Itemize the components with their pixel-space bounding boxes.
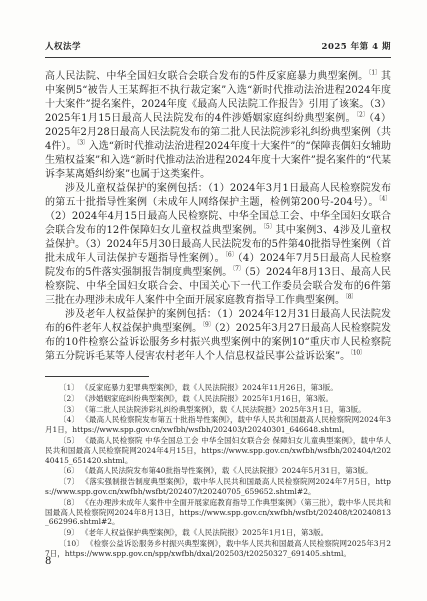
footnote: 〔1〕《反家庭暴力犯罪典型案例》，载《人民法院报》2024年11月26日，第3版…	[45, 383, 391, 393]
footnote-number: 〔5〕	[59, 436, 79, 445]
footnote-number: 〔10〕	[59, 539, 84, 548]
journal-title: 人权法学	[45, 40, 81, 52]
footnote: 〔2〕《涉婚姻家庭纠纷典型案例》，载《人民法院报》2025年1月16日，第3版。	[45, 394, 391, 404]
footnote-number: 〔8〕	[59, 498, 79, 507]
footnote: 〔4〕《最高人民检察院发布第五十批指导性案例》，载中华人民共和国最高人民检察院网…	[45, 415, 391, 435]
footnote-number: 〔3〕	[59, 405, 79, 414]
page-content: 人权法学 2025 年第 4 期 高人民法院、中华全国妇女联合会联合发布的5件反…	[45, 40, 391, 560]
footnote: 〔10〕《检察公益诉讼服务乡村振兴典型案例》，载中华人民共和国最高人民检察院网2…	[45, 539, 391, 559]
footnote: 〔6〕《最高人民法院发布第40批指导性案例》，载《人民法院报》2024年5月31…	[45, 466, 391, 476]
footnote: 〔3〕《第二批人民法院涉彩礼纠纷典型案例》，载《人民法院报》2025年3月1日，…	[45, 405, 391, 415]
article-body: 高人民法院、中华全国妇女联合会联合发布的5件反家庭暴力典型案例。〔1〕其中案例5…	[45, 70, 391, 364]
footnote-ref: 〔9〕	[202, 322, 214, 329]
running-head: 人权法学 2025 年第 4 期	[45, 40, 391, 52]
journal-page: 人权法学 2025 年第 4 期 高人民法院、中华全国妇女联合会联合发布的5件反…	[0, 0, 427, 601]
footnote-number: 〔7〕	[59, 477, 79, 486]
footnote: 〔8〕《在办理涉未成年人案件中全面开展家庭教育指导工作典型案例》（第三批），载中…	[45, 498, 391, 527]
footnote-ref: 〔10〕	[350, 350, 365, 357]
paragraph: 涉及老年人权益保护的案例包括：（1）2024年12月31日最高人民法院发布的6件…	[45, 308, 391, 364]
footnote-ref: 〔6〕	[225, 252, 238, 259]
footnote-number: 〔4〕	[59, 415, 79, 424]
page-number: 8	[45, 556, 51, 567]
footnote: 〔7〕《落实强制报告制度典型案例》，载中华人民共和国最高人民检察院网2024年7…	[45, 477, 391, 497]
footnote-ref: 〔3〕	[77, 140, 89, 147]
paragraph: 高人民法院、中华全国妇女联合会联合发布的5件反家庭暴力典型案例。〔1〕其中案例5…	[45, 70, 391, 182]
footnote-ref: 〔5〕	[263, 224, 276, 231]
footnotes-section: 〔1〕《反家庭暴力犯罪典型案例》，载《人民法院报》2024年11月26日，第3版…	[45, 383, 391, 559]
footnote-number: 〔9〕	[59, 528, 79, 537]
footnote-ref: 〔7〕	[232, 266, 244, 273]
footnote-number: 〔6〕	[59, 466, 79, 475]
footnote: 〔9〕《老年人权益保护典型案例》，载《人民法院报》2025年1月1日，第3版。	[45, 528, 391, 538]
footnote-ref: 〔8〕	[345, 294, 357, 301]
footnote-ref: 〔4〕	[379, 196, 391, 203]
footnote-number: 〔2〕	[59, 394, 79, 403]
footnote-number: 〔1〕	[59, 383, 79, 392]
footnote-ref: 〔1〕	[368, 70, 381, 77]
paragraph: 涉及儿童权益保护的案例包括：（1）2024年3月1日最高人民检察院发布的第五十批…	[45, 182, 391, 308]
footnote-ref: 〔2〕	[356, 112, 369, 119]
footnote: 〔5〕《最高人民检察院 中华全国总工会 中华全国妇女联合会 保障妇女儿童典型案例…	[45, 436, 391, 465]
footnote-separator	[45, 376, 149, 377]
issue-label: 2025 年第 4 期	[322, 40, 391, 52]
header-rule	[45, 57, 391, 58]
